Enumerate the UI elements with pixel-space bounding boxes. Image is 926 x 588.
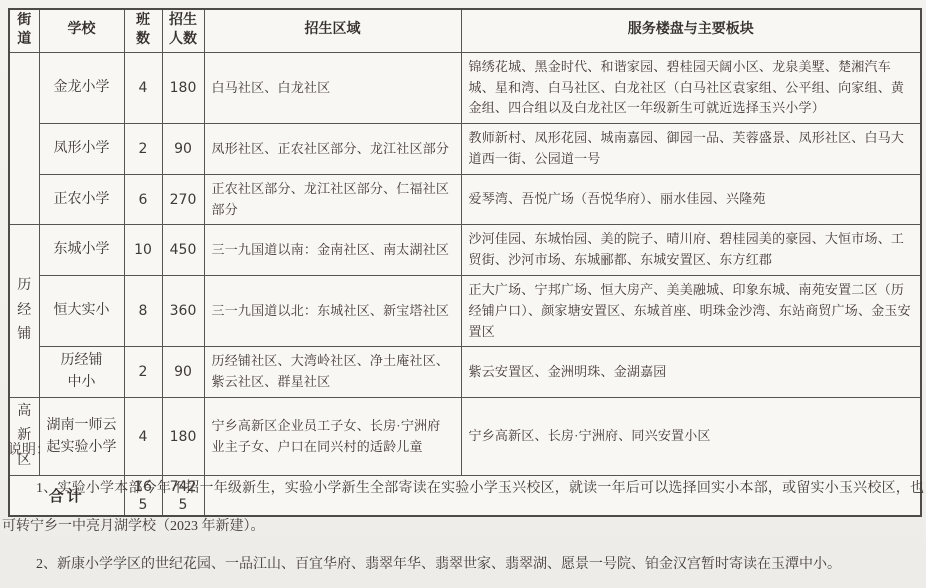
note-item-1: 1、实验小学本部今年不招一年级新生，实验小学新生全部寄读在实验小学玉兴校区，就读… xyxy=(2,470,924,546)
school-cell: 东城小学 xyxy=(39,225,124,276)
service-cell: 紫云安置区、金洲明珠、金湖嘉园 xyxy=(461,347,921,398)
service-cell: 爱琴湾、吾悦广场（吾悦华府）、丽水佳园、兴隆苑 xyxy=(461,174,921,225)
classes-cell: 2 xyxy=(124,124,162,175)
students-cell: 90 xyxy=(162,347,204,398)
header-area: 招生区域 xyxy=(204,9,461,52)
area-cell: 凤形社区、正农社区部分、龙江社区部分 xyxy=(204,124,461,175)
table-row: 正农小学 6 270 正农社区部分、龙江社区部分、仁福社区部分 爱琴湾、吾悦广场… xyxy=(9,174,921,225)
school-cell: 凤形小学 xyxy=(39,124,124,175)
school-cell: 历经铺 中小 xyxy=(39,347,124,398)
table-row: 凤形小学 2 90 凤形社区、正农社区部分、龙江社区部分 教师新村、凤形花园、城… xyxy=(9,124,921,175)
service-cell: 沙河佳园、东城怡园、美的院子、晴川府、碧桂园美的豪园、大恒市场、工贸街、沙河市场… xyxy=(461,225,921,276)
students-cell: 90 xyxy=(162,124,204,175)
service-cell: 锦绣花城、黑金时代、和谐家园、碧桂园天阔小区、龙泉美墅、楚湘汽车城、星和湾、白马… xyxy=(461,52,921,123)
area-cell: 白马社区、白龙社区 xyxy=(204,52,461,123)
students-cell: 180 xyxy=(162,52,204,123)
notes-title: 说明： xyxy=(8,432,926,470)
street-group-cell xyxy=(9,52,39,225)
area-cell: 三一九国道以南：金南社区、南太湖社区 xyxy=(204,225,461,276)
school-cell: 金龙小学 xyxy=(39,52,124,123)
header-classes: 班 数 xyxy=(124,9,162,52)
students-cell: 360 xyxy=(162,275,204,346)
classes-cell: 6 xyxy=(124,174,162,225)
header-service: 服务楼盘与主要板块 xyxy=(461,9,921,52)
classes-cell: 2 xyxy=(124,347,162,398)
school-cell: 恒大实小 xyxy=(39,275,124,346)
document-page: 街 道 学校 班 数 招生 人数 招生区域 服务楼盘与主要板块 金龙小学 4 1… xyxy=(0,0,926,588)
table-row: 历经铺 中小 2 90 历经铺社区、大湾岭社区、净土庵社区、紫云社区、群星社区 … xyxy=(9,347,921,398)
note-item-2: 2、新康小学学区的世纪花园、一品江山、百宜华府、翡翠年华、翡翠世家、翡翠湖、愿景… xyxy=(2,546,924,584)
notes-section: 说明： 1、实验小学本部今年不招一年级新生，实验小学新生全部寄读在实验小学玉兴校… xyxy=(0,432,926,584)
service-cell: 教师新村、凤形花园、城南嘉园、御园一品、芙蓉盛景、凤形社区、白马大道西一街、公园… xyxy=(461,124,921,175)
header-street: 街 道 xyxy=(9,9,39,52)
area-cell: 历经铺社区、大湾岭社区、净土庵社区、紫云社区、群星社区 xyxy=(204,347,461,398)
header-school: 学校 xyxy=(39,9,124,52)
classes-cell: 8 xyxy=(124,275,162,346)
school-cell: 正农小学 xyxy=(39,174,124,225)
service-cell: 正大广场、宁邦广场、恒大房产、美美融城、印象东城、南苑安置二区（历经铺户口）、颜… xyxy=(461,275,921,346)
table-row: 恒大实小 8 360 三一九国道以北：东城社区、新宝塔社区 正大广场、宁邦广场、… xyxy=(9,275,921,346)
students-cell: 450 xyxy=(162,225,204,276)
area-cell: 正农社区部分、龙江社区部分、仁福社区部分 xyxy=(204,174,461,225)
students-cell: 270 xyxy=(162,174,204,225)
classes-cell: 4 xyxy=(124,52,162,123)
area-cell: 三一九国道以北：东城社区、新宝塔社区 xyxy=(204,275,461,346)
header-row: 街 道 学校 班 数 招生 人数 招生区域 服务楼盘与主要板块 xyxy=(9,9,921,52)
table-row: 历经铺 东城小学 10 450 三一九国道以南：金南社区、南太湖社区 沙河佳园、… xyxy=(9,225,921,276)
header-students: 招生 人数 xyxy=(162,9,204,52)
table-row: 金龙小学 4 180 白马社区、白龙社区 锦绣花城、黑金时代、和谐家园、碧桂园天… xyxy=(9,52,921,123)
classes-cell: 10 xyxy=(124,225,162,276)
street-group-cell: 历经铺 xyxy=(9,225,39,398)
